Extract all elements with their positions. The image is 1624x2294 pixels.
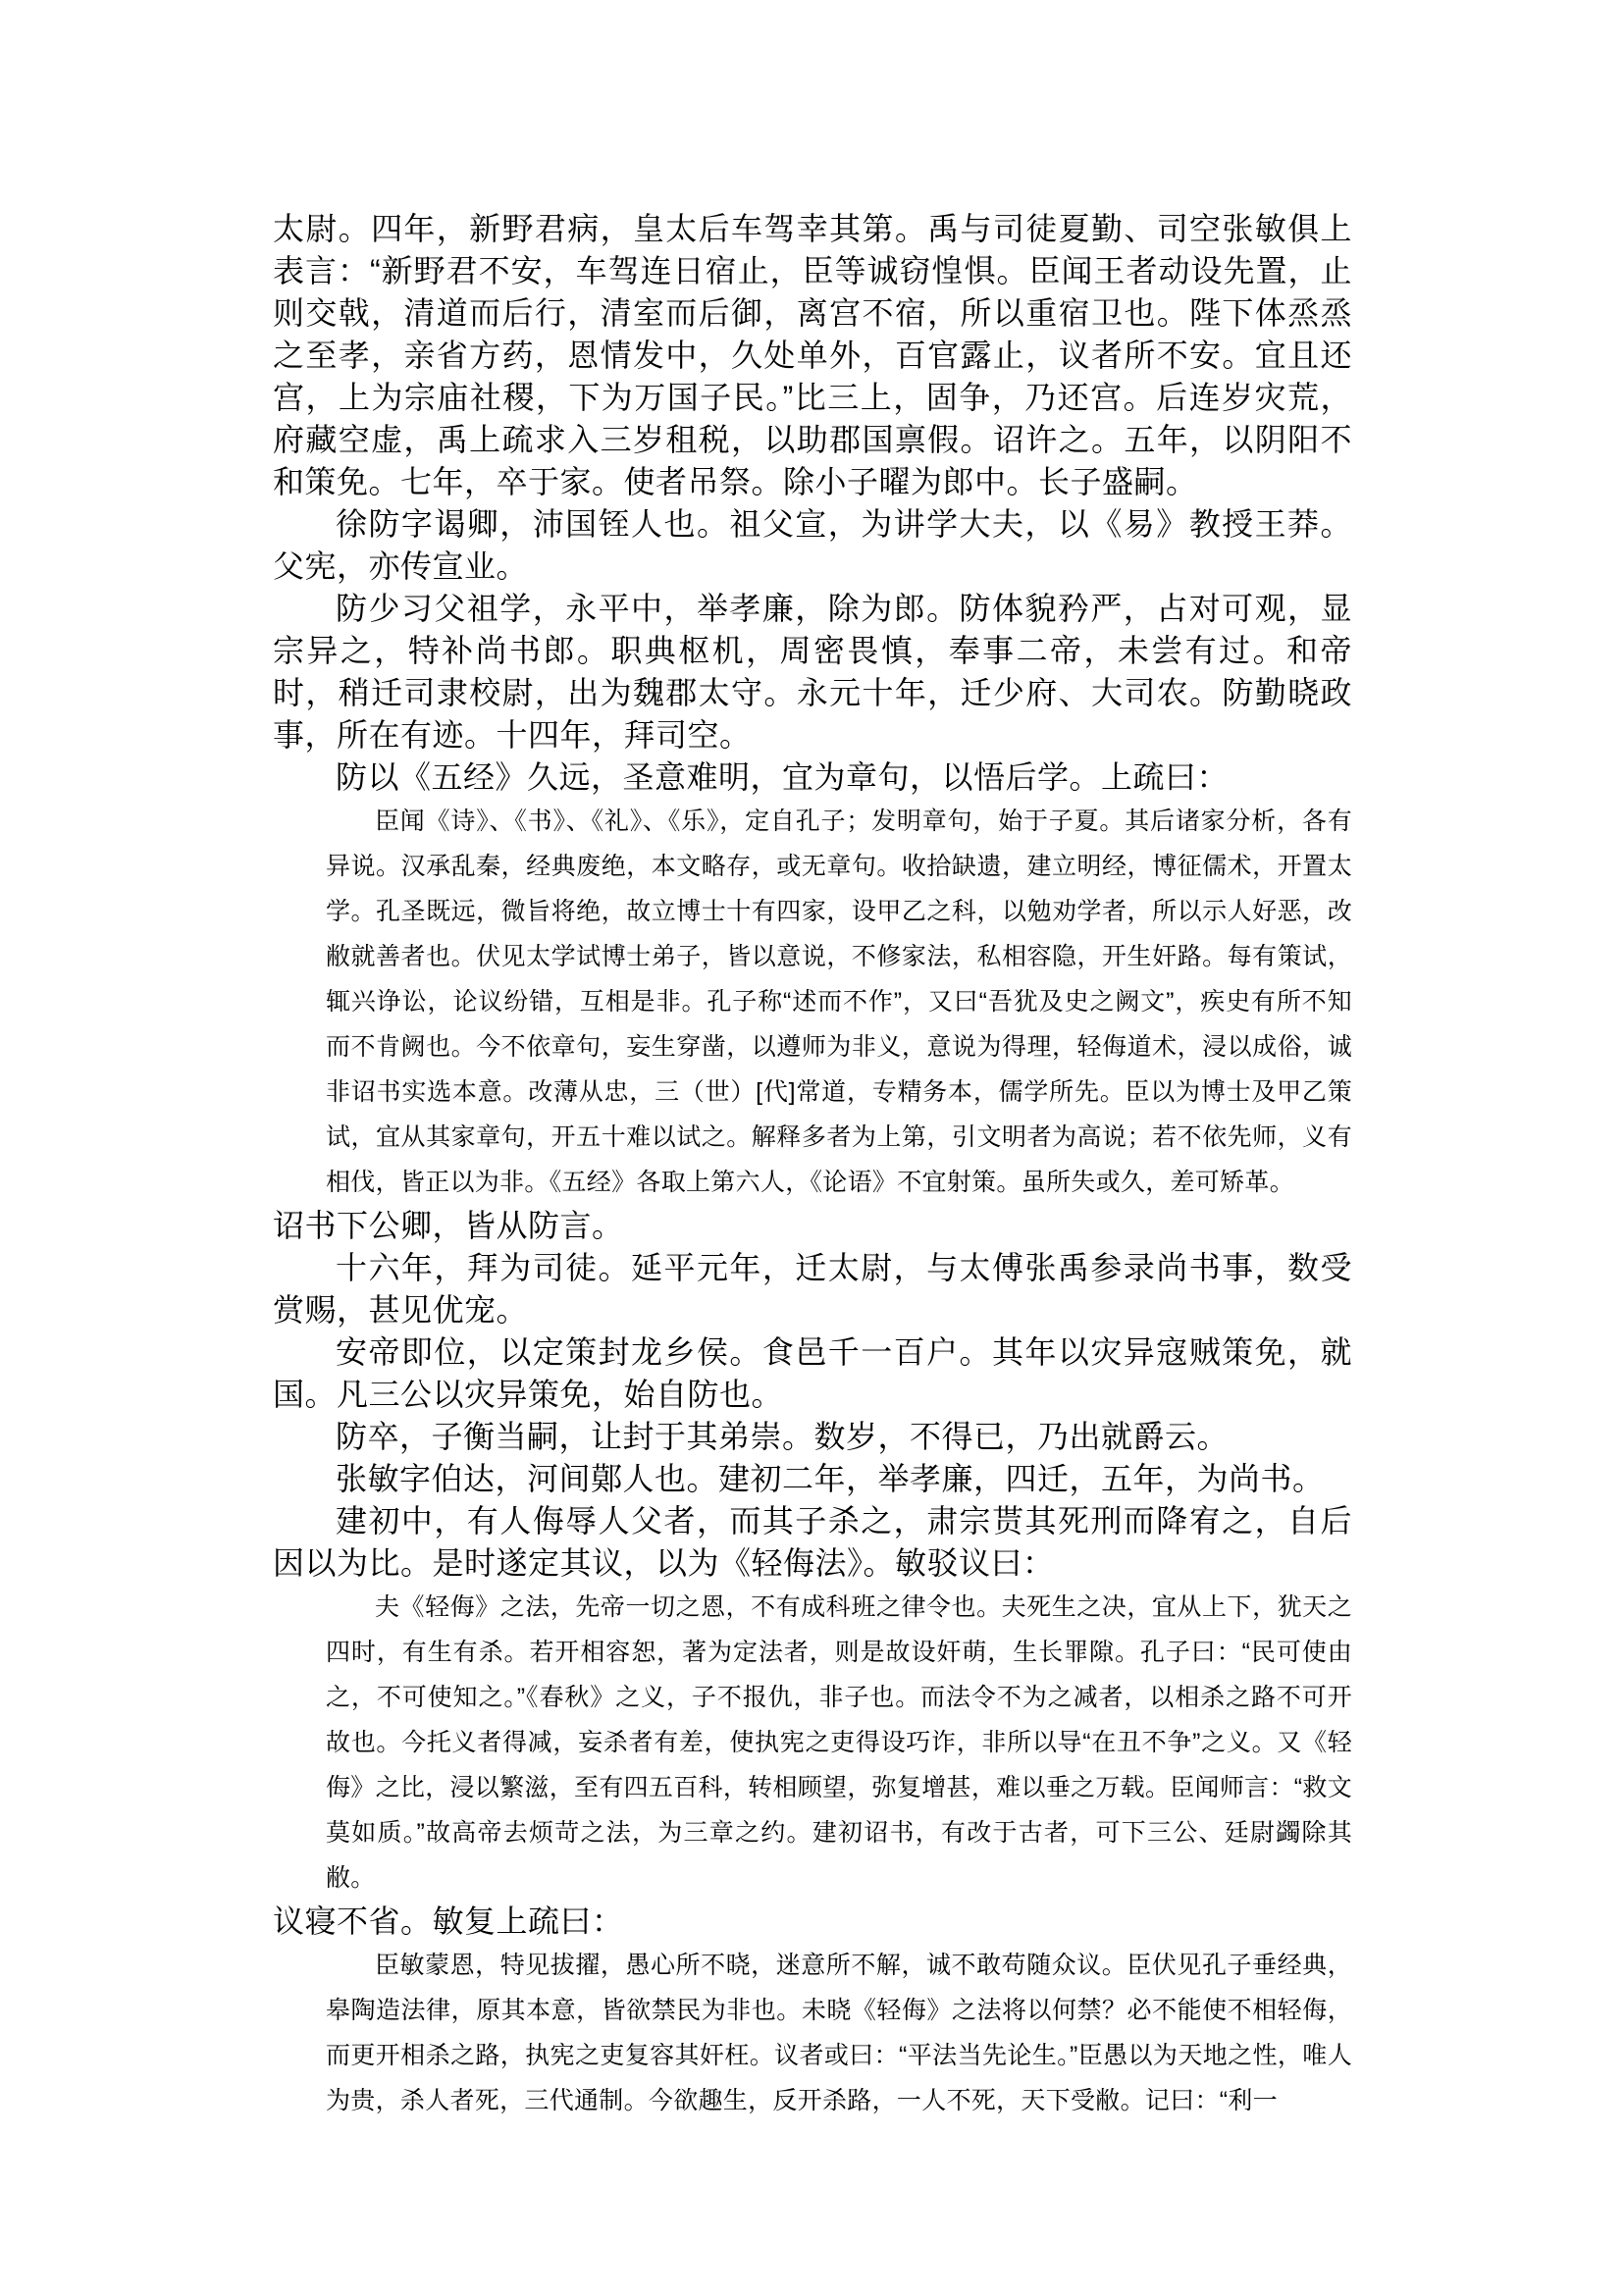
document-content: 太尉。四年，新野君病，皇太后车驾幸其第。禹与司徒夏勤、司空张敏俱上表言：“新野君… [273,208,1352,2123]
body-paragraph: 议寝不省。敏复上疏曰： [273,1901,1352,1943]
body-paragraph: 建初中，有人侮辱人父者，而其子杀之，肃宗贳其死刑而降宥之，自后因以为比。是时遂定… [273,1500,1352,1585]
body-paragraph: 诏书下公卿，皆从防言。 [273,1205,1352,1247]
body-paragraph: 防卒，子衡当嗣，让封于其弟崇。数岁，不得已，乃出就爵云。 [273,1416,1352,1458]
body-paragraph: 太尉。四年，新野君病，皇太后车驾幸其第。禹与司徒夏勤、司空张敏俱上表言：“新野君… [273,208,1352,503]
document-page: 太尉。四年，新野君病，皇太后车驾幸其第。禹与司徒夏勤、司空张敏俱上表言：“新野君… [0,0,1624,2294]
body-paragraph: 徐防字谒卿，沛国铚人也。祖父宣，为讲学大夫，以《易》教授王莽。父宪，亦传宣业。 [273,503,1352,588]
body-paragraph: 张敏字伯达，河间鄚人也。建初二年，举孝廉，四迁，五年，为尚书。 [273,1458,1352,1500]
block-quote-paragraph: 臣闻《诗》、《书》、《礼》、《乐》，定自孔子；发明章句，始于子夏。其后诸家分析，… [326,799,1352,1205]
body-paragraph: 十六年，拜为司徒。延平元年，迁太尉，与太傅张禹参录尚书事，数受赏赐，甚见优宠。 [273,1247,1352,1331]
body-paragraph: 防以《五经》久远，圣意难明，宜为章句，以悟后学。上疏曰： [273,756,1352,799]
body-paragraph: 安帝即位，以定策封龙乡侯。食邑千一百户。其年以灾异寇贼策免，就国。凡三公以灾异策… [273,1331,1352,1416]
block-quote-paragraph: 臣敏蒙恩，特见拔擢，愚心所不晓，迷意所不解，诚不敢苟随众议。臣伏见孔子垂经典，皋… [326,1943,1352,2123]
block-quote-paragraph: 夫《轻侮》之法，先帝一切之恩，不有成科班之律令也。夫死生之决，宜从上下，犹天之四… [326,1585,1352,1901]
body-paragraph: 防少习父祖学，永平中，举孝廉，除为郎。防体貌矜严，占对可观，显宗异之，特补尚书郎… [273,588,1352,756]
